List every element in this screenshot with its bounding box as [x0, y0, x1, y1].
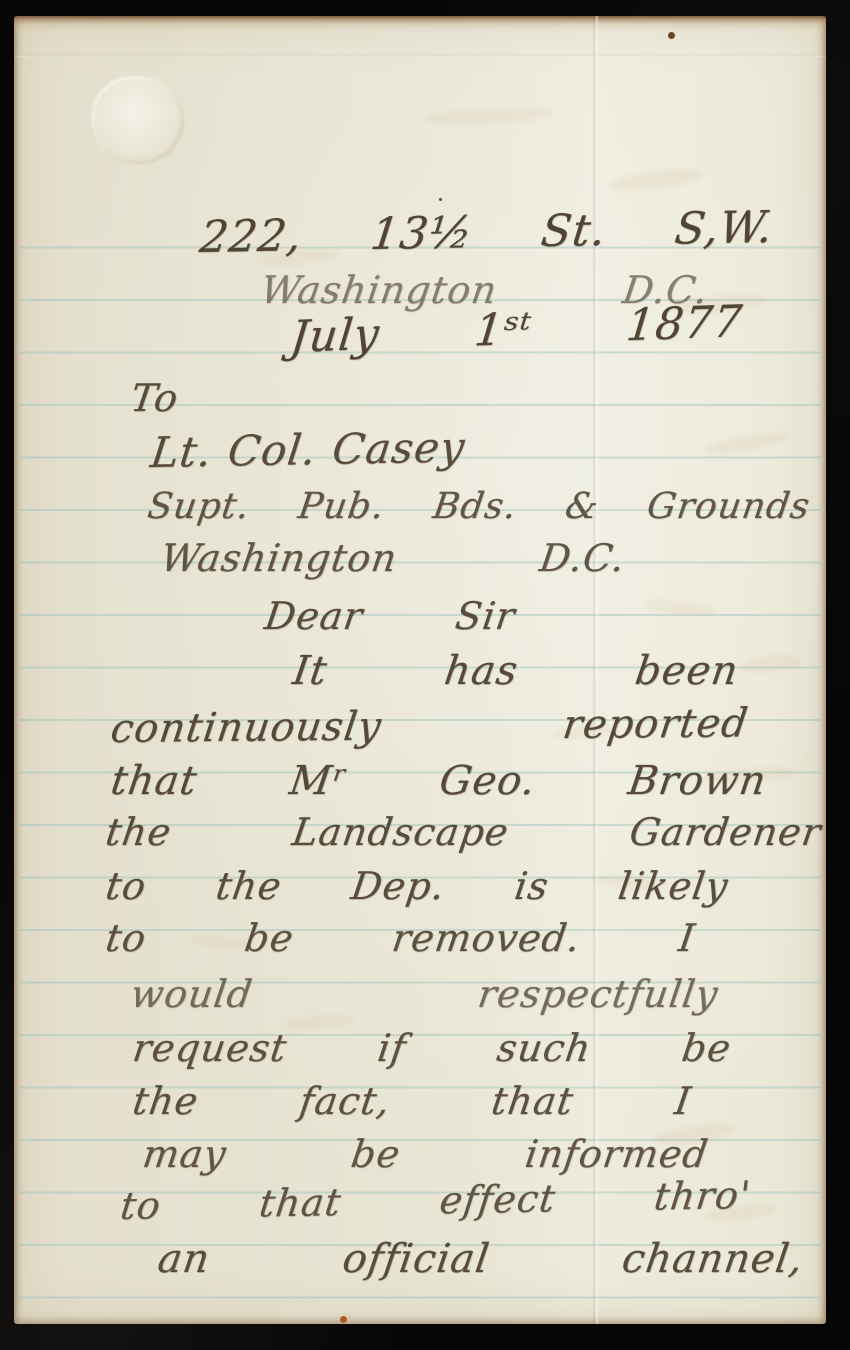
handwritten-line-body-7: wouldrespectfully: [128, 972, 721, 1016]
handwritten-line-recipient-city: WashingtonD.C.: [158, 536, 628, 580]
handwritten-word: if: [375, 1026, 409, 1070]
handwritten-word: the: [130, 1079, 201, 1123]
handwritten-line-sender-address: 222,13½St.S,W.: [197, 202, 776, 263]
handwritten-word: Col.: [225, 425, 319, 476]
handwritten-word: Brown: [625, 758, 769, 804]
handwritten-word: official: [340, 1236, 493, 1282]
handwritten-line-recipient-title: Supt.Pub.Bds.&Grounds: [145, 486, 813, 527]
handwritten-word: informed: [522, 1132, 711, 1176]
handwritten-word: request: [130, 1026, 290, 1070]
handwritten-word: to: [103, 864, 149, 908]
handwritten-word: channel,: [619, 1236, 806, 1282]
handwritten-word: Bds.: [430, 486, 519, 527]
handwritten-word: Pub.: [296, 486, 388, 527]
letter-page: 222,13½St.S,W.WashingtonD.C.July1ˢᵗ1877T…: [14, 16, 826, 1324]
handwritten-word: be: [242, 916, 297, 960]
handwritten-line-body-2: continuouslyreported: [108, 700, 751, 752]
handwritten-word: that: [489, 1079, 577, 1123]
handwritten-word: likely: [616, 864, 732, 908]
handwritten-word: Lt.: [148, 427, 215, 477]
handwritten-word: Landscape: [290, 810, 512, 854]
handwritten-word: is: [512, 864, 552, 908]
handwritten-word: Grounds: [644, 486, 812, 527]
handwritten-word: Dep.: [348, 864, 448, 908]
handwritten-line-body-10: maybeinformed: [140, 1132, 711, 1176]
handwritten-word: be: [348, 1132, 403, 1176]
handwritten-word: &: [563, 486, 602, 527]
handwritten-word: to: [118, 1183, 164, 1228]
handwritten-line-body-9: thefact,thatI: [130, 1079, 694, 1123]
handwritten-word: reported: [560, 700, 751, 748]
handwritten-word: be: [679, 1026, 734, 1070]
handwritten-word: has: [442, 648, 522, 694]
handwritten-line-body-4: theLandscapeGardener: [103, 810, 824, 854]
handwritten-word: 13½: [368, 207, 476, 260]
handwritten-word: may: [140, 1132, 229, 1176]
handwritten-word: 1ˢᵗ: [472, 303, 534, 356]
handwritten-word: St.: [538, 205, 609, 257]
handwritten-line-body-11: tothateffectthro': [118, 1173, 753, 1228]
handwritten-word: I: [672, 1079, 694, 1123]
handwritten-word: respectfully: [475, 972, 721, 1016]
handwritten-word: July: [288, 309, 382, 363]
handwritten-word: Casey: [330, 422, 468, 473]
handwritten-word: that: [257, 1180, 344, 1226]
handwritten-word: Gardener: [627, 810, 824, 854]
handwritten-word: It: [290, 648, 330, 694]
handwritten-word: an: [155, 1236, 213, 1282]
handwritten-word: to: [103, 916, 149, 960]
handwritten-word: S,W.: [672, 202, 776, 255]
handwritten-word: effect: [437, 1176, 558, 1222]
photo-black-background: 222,13½St.S,W.WashingtonD.C.July1ˢᵗ1877T…: [0, 0, 850, 1350]
handwritten-word: removed.: [389, 916, 583, 960]
handwritten-line-body-6: toberemoved.I: [103, 916, 698, 960]
handwritten-text: 222,13½St.S,W.WashingtonD.C.July1ˢᵗ1877T…: [14, 16, 826, 1324]
handwritten-word: Dear: [262, 594, 366, 638]
handwritten-line-body-1: Ithasbeen: [290, 648, 741, 694]
handwritten-word: 1877: [624, 296, 745, 351]
handwritten-word: Geo.: [437, 758, 539, 804]
handwritten-word: fact,: [297, 1079, 394, 1123]
handwritten-word: continuously: [108, 704, 384, 752]
handwritten-line-to-label: To: [128, 376, 181, 420]
handwritten-word: Sir: [453, 594, 519, 638]
handwritten-line-body-12: anofficialchannel,: [155, 1236, 806, 1282]
handwritten-line-body-8: requestifsuchbe: [130, 1026, 734, 1070]
handwritten-word: Mʳ: [287, 758, 350, 804]
handwritten-word: the: [213, 864, 284, 908]
handwritten-word: the: [103, 810, 174, 854]
handwritten-line-body-5: totheDep.islikely: [103, 864, 731, 908]
handwritten-line-recipient-name: Lt.Col.Casey: [148, 422, 468, 477]
handwritten-word: been: [632, 648, 741, 694]
handwritten-word: would: [128, 972, 256, 1016]
handwritten-word: I: [676, 916, 698, 960]
handwritten-word: D.C.: [537, 536, 628, 580]
handwritten-word: 222,: [197, 210, 305, 263]
handwritten-word: Washington: [158, 536, 400, 580]
handwritten-word: that: [108, 758, 200, 804]
handwritten-line-body-3: thatMʳGeo.Brown: [108, 758, 769, 804]
handwritten-word: such: [494, 1026, 594, 1070]
handwritten-line-salutation: DearSir: [262, 594, 518, 638]
handwritten-word: thro': [652, 1173, 754, 1219]
handwritten-word: Supt.: [145, 486, 253, 527]
